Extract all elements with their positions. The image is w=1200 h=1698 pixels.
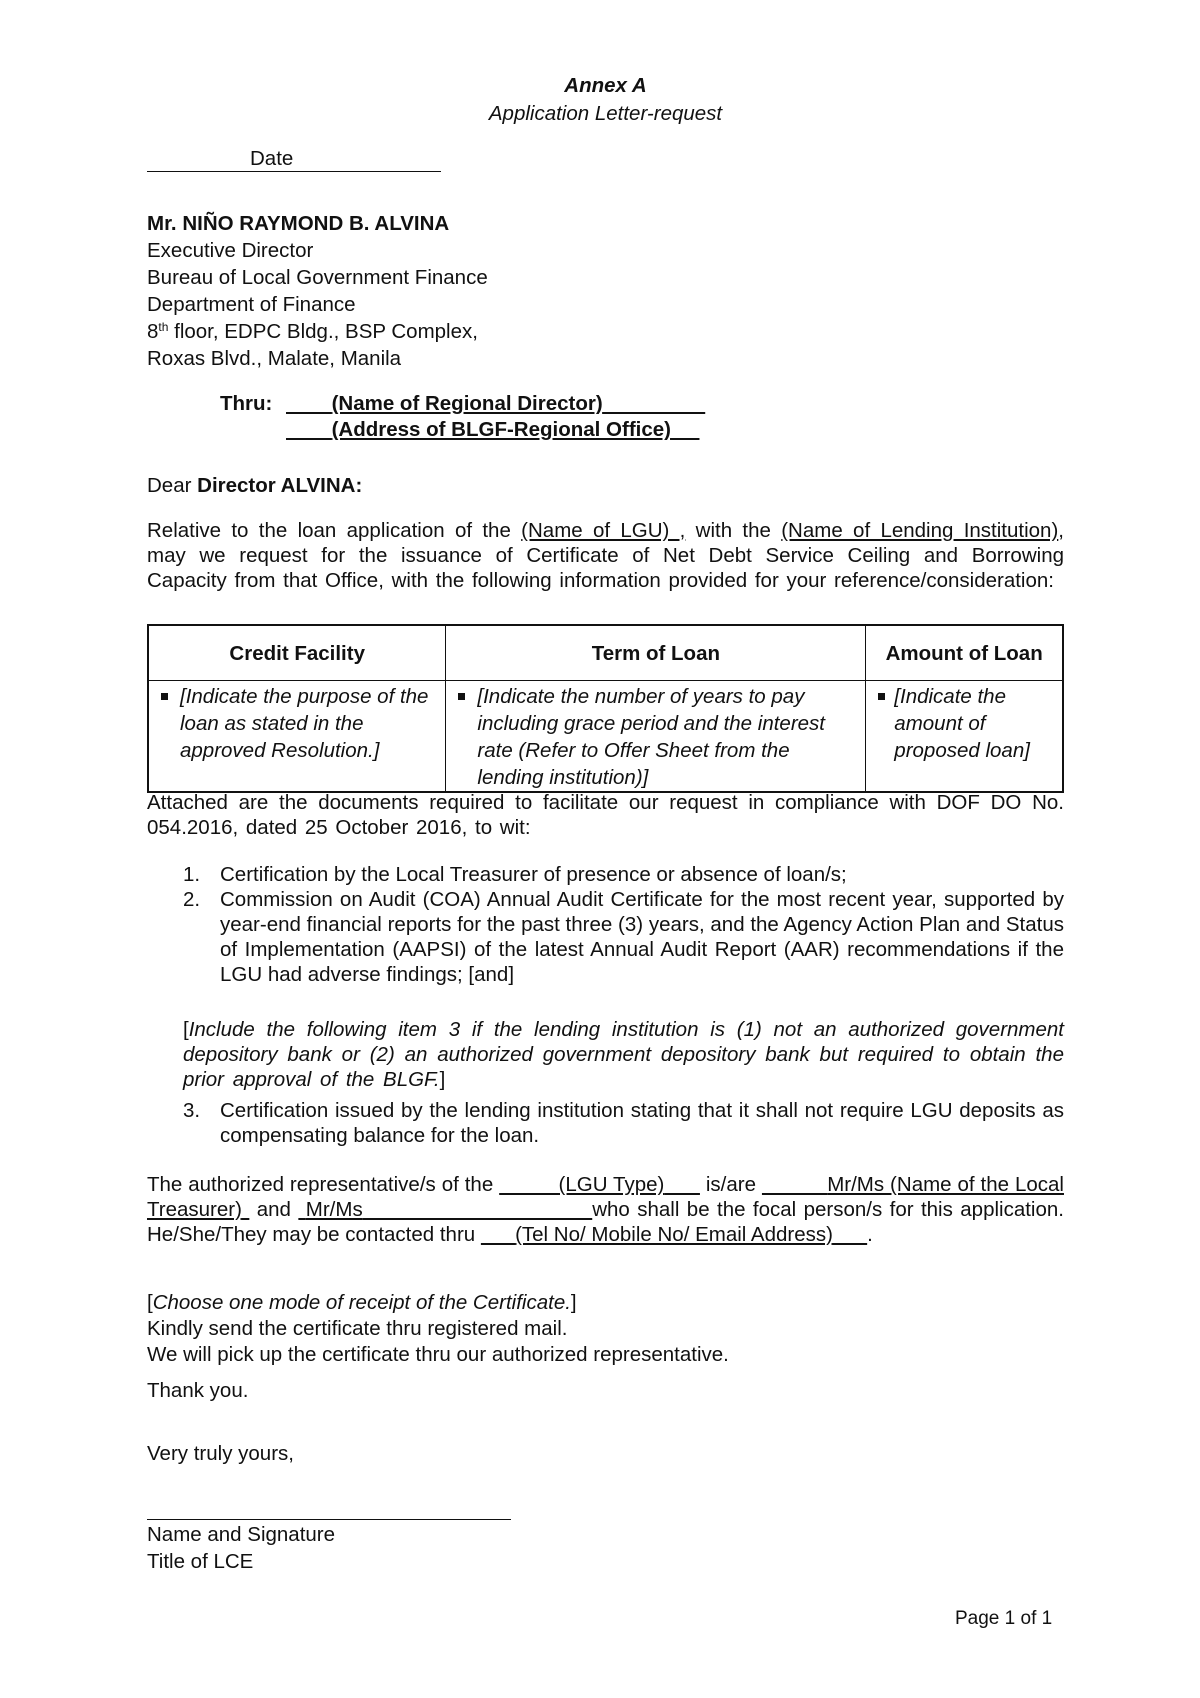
amount-of-loan-cell[interactable]: [Indicate the amount of proposed loan] — [866, 681, 1063, 793]
thru-label: Thru: — [220, 391, 286, 416]
salutation: Dear Director ALVINA: — [147, 473, 362, 498]
header-term-of-loan: Term of Loan — [446, 625, 866, 681]
loan-details-table: Credit Facility Term of Loan Amount of L… — [147, 624, 1064, 793]
page-number: Page 1 of 1 — [955, 1606, 1052, 1631]
intro-paragraph: Relative to the loan application of the … — [147, 518, 1064, 593]
addressee-floor: 8th floor, EDPC Bldg., BSP Complex, — [147, 319, 488, 346]
header-amount-of-loan: Amount of Loan — [866, 625, 1063, 681]
term-of-loan-cell[interactable]: [Indicate the number of years to pay inc… — [446, 681, 866, 793]
receipt-option-pickup[interactable]: We will pick up the certificate thru our… — [147, 1342, 729, 1368]
header-credit-facility: Credit Facility — [148, 625, 446, 681]
signature-title: Title of LCE — [147, 1549, 335, 1576]
focal-person-field[interactable]: Mr/Ms — [298, 1198, 592, 1221]
signature-line[interactable] — [147, 1519, 511, 1520]
requirements-list-continued: 3.Certification issued by the lending in… — [183, 1098, 1064, 1148]
bullet-icon — [458, 693, 465, 700]
attached-paragraph: Attached are the documents required to f… — [147, 790, 1064, 840]
signature-name: Name and Signature — [147, 1522, 335, 1549]
date-field[interactable]: Date — [147, 147, 441, 172]
signature-block: Name and Signature Title of LCE — [147, 1522, 335, 1576]
table-row: [Indicate the purpose of the loan as sta… — [148, 681, 1063, 793]
regional-director-field[interactable]: (Name of Regional Director) — [286, 392, 705, 415]
table-header-row: Credit Facility Term of Loan Amount of L… — [148, 625, 1063, 681]
credit-facility-cell[interactable]: [Indicate the purpose of the loan as sta… — [148, 681, 446, 793]
lgu-name-field[interactable]: (Name of LGU) , — [521, 519, 685, 542]
regional-office-address-field[interactable]: (Address of BLGF-Regional Office) — [286, 418, 699, 441]
addressee-street: Roxas Blvd., Malate, Manila — [147, 346, 488, 373]
addressee-position: Executive Director — [147, 238, 488, 265]
requirements-list: 1.Certification by the Local Treasurer o… — [183, 862, 1064, 987]
date-label: Date — [250, 146, 293, 171]
annex-title: Annex A — [147, 73, 1064, 98]
lending-institution-field[interactable]: (Name of Lending Institution) — [781, 519, 1058, 542]
addressee-name: Mr. NIÑO RAYMOND B. ALVINA — [147, 211, 488, 238]
receipt-option-mail[interactable]: Kindly send the certificate thru registe… — [147, 1316, 729, 1342]
valediction: Very truly yours, — [147, 1441, 294, 1466]
representative-paragraph: The authorized representative/s of the (… — [147, 1172, 1064, 1247]
addressee-bureau: Bureau of Local Government Finance — [147, 265, 488, 292]
lgu-type-field[interactable]: (LGU Type) — [499, 1173, 700, 1196]
bullet-icon — [161, 693, 168, 700]
receipt-options: [Choose one mode of receipt of the Certi… — [147, 1290, 729, 1368]
conditional-note: [Include the following item 3 if the len… — [183, 1017, 1064, 1092]
receipt-instruction: [Choose one mode of receipt of the Certi… — [147, 1290, 729, 1316]
addressee-department: Department of Finance — [147, 292, 488, 319]
thru-block: Thru: (Name of Regional Director) (Addre… — [220, 391, 705, 443]
thank-you: Thank you. — [147, 1378, 248, 1403]
bullet-icon — [878, 693, 885, 700]
contact-details-field[interactable]: (Tel No/ Mobile No/ Email Address) — [481, 1223, 867, 1246]
annex-subtitle: Application Letter-request — [147, 101, 1064, 126]
list-item: 3.Certification issued by the lending in… — [183, 1098, 1064, 1148]
list-item: 1.Certification by the Local Treasurer o… — [183, 862, 1064, 887]
addressee-block: Mr. NIÑO RAYMOND B. ALVINA Executive Dir… — [147, 211, 488, 373]
list-item: 2.Commission on Audit (COA) Annual Audit… — [183, 887, 1064, 987]
